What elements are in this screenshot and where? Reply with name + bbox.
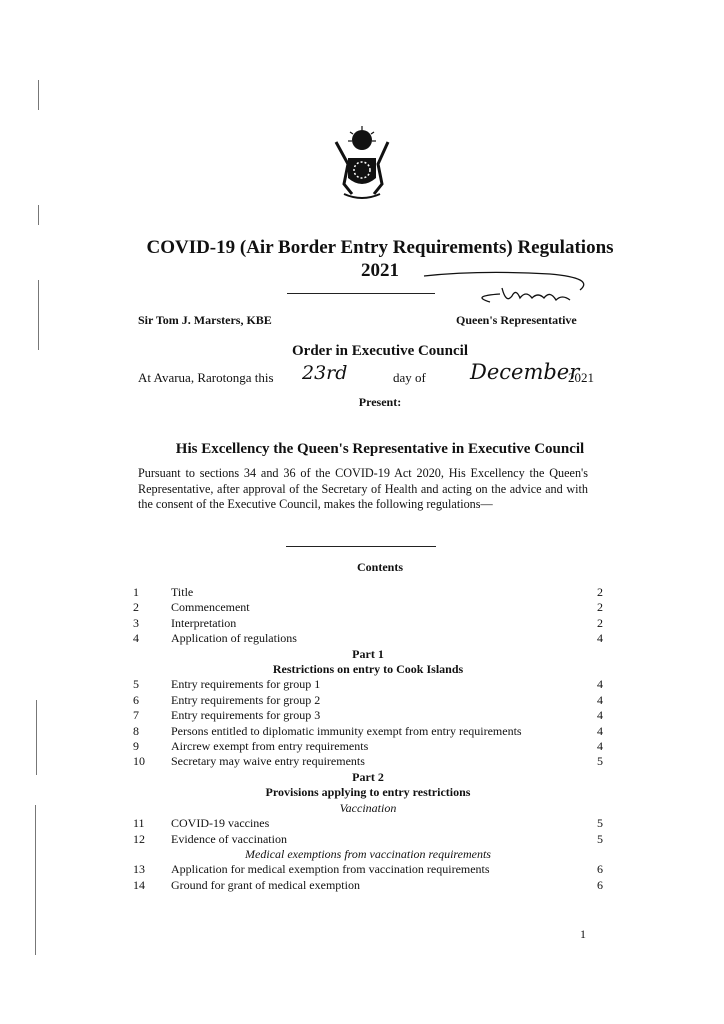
- toc-entry-number: 6: [133, 693, 171, 708]
- toc-part-heading: Part 2: [133, 770, 603, 785]
- toc-subheading: Vaccination: [133, 801, 603, 816]
- toc-entry-number: 4: [133, 631, 171, 646]
- signature-line: [287, 293, 435, 294]
- toc-entry-number: 13: [133, 862, 171, 877]
- handwritten-month: December: [470, 360, 579, 384]
- order-heading: Order in Executive Council: [100, 343, 660, 360]
- scan-artifact: [35, 805, 36, 955]
- coat-of-arms-icon: [322, 124, 402, 204]
- toc-entry-page: 4: [589, 724, 603, 739]
- toc-entry-page: 6: [589, 878, 603, 893]
- toc-entry: 6Entry requirements for group 24: [133, 693, 603, 708]
- toc-entry: 12Evidence of vaccination5: [133, 832, 603, 847]
- toc-entry: 7Entry requirements for group 34: [133, 708, 603, 723]
- toc-entry: 5Entry requirements for group 14: [133, 677, 603, 692]
- preamble-paragraph: Pursuant to sections 34 and 36 of the CO…: [138, 466, 588, 513]
- toc-entry: 1Title2: [133, 585, 603, 600]
- toc-entry-page: 5: [589, 816, 603, 831]
- toc-entry: 9Aircrew exempt from entry requirements4: [133, 739, 603, 754]
- toc-entry: 11COVID-19 vaccines5: [133, 816, 603, 831]
- toc-entry-number: 5: [133, 677, 171, 692]
- toc-entry-number: 8: [133, 724, 171, 739]
- toc-part-heading: Restrictions on entry to Cook Islands: [133, 662, 603, 677]
- toc-entry-page: 4: [589, 677, 603, 692]
- toc-entry-page: 4: [589, 739, 603, 754]
- toc-entry: 13Application for medical exemption from…: [133, 862, 603, 877]
- table-of-contents: 1Title22Commencement23Interpretation24Ap…: [133, 585, 603, 893]
- toc-entry-number: 14: [133, 878, 171, 893]
- toc-entry-number: 11: [133, 816, 171, 831]
- toc-entry-page: 4: [589, 631, 603, 646]
- toc-entry-title: Application for medical exemption from v…: [171, 862, 589, 877]
- toc-entry: 8Persons entitled to diplomatic immunity…: [133, 724, 603, 739]
- toc-entry-title: Evidence of vaccination: [171, 832, 589, 847]
- toc-entry-number: 3: [133, 616, 171, 631]
- toc-entry: 3Interpretation2: [133, 616, 603, 631]
- toc-entry: 2Commencement2: [133, 600, 603, 615]
- excellency-heading: His Excellency the Queen's Representativ…: [100, 441, 660, 458]
- handwritten-signature-icon: [420, 268, 600, 318]
- toc-entry-number: 1: [133, 585, 171, 600]
- toc-subheading: Medical exemptions from vaccination requ…: [133, 847, 603, 862]
- toc-entry-title: Aircrew exempt from entry requirements: [171, 739, 589, 754]
- scan-artifact: [38, 205, 39, 225]
- toc-entry-title: Interpretation: [171, 616, 589, 631]
- toc-entry-number: 12: [133, 832, 171, 847]
- toc-entry-title: Commencement: [171, 600, 589, 615]
- toc-entry-title: Entry requirements for group 1: [171, 677, 589, 692]
- title-line-1: COVID-19 (Air Border Entry Requirements)…: [100, 236, 660, 259]
- toc-entry-title: Ground for grant of medical exemption: [171, 878, 589, 893]
- toc-entry-title: Entry requirements for group 2: [171, 693, 589, 708]
- section-divider: [286, 546, 436, 547]
- toc-part-heading: Part 1: [133, 647, 603, 662]
- toc-entry-title: Persons entitled to diplomatic immunity …: [171, 724, 589, 739]
- toc-entry: 4Application of regulations4: [133, 631, 603, 646]
- toc-entry-title: Title: [171, 585, 589, 600]
- toc-entry-page: 2: [589, 600, 603, 615]
- toc-entry-page: 2: [589, 585, 603, 600]
- toc-entry-title: COVID-19 vaccines: [171, 816, 589, 831]
- signer-name: Sir Tom J. Marsters, KBE: [138, 313, 272, 328]
- toc-entry-title: Entry requirements for group 3: [171, 708, 589, 723]
- toc-entry-number: 10: [133, 754, 171, 769]
- toc-entry: 14Ground for grant of medical exemption6: [133, 878, 603, 893]
- signer-role: Queen's Representative: [456, 313, 577, 328]
- handwritten-day: 23rd: [302, 362, 347, 384]
- toc-part-heading: Provisions applying to entry restriction…: [133, 785, 603, 800]
- present-label: Present:: [100, 395, 660, 410]
- contents-heading: Contents: [100, 560, 660, 575]
- page-number: 1: [580, 927, 586, 942]
- toc-entry-number: 7: [133, 708, 171, 723]
- order-year: 2021: [568, 370, 594, 386]
- toc-entry-number: 9: [133, 739, 171, 754]
- toc-entry-page: 4: [589, 693, 603, 708]
- toc-entry-number: 2: [133, 600, 171, 615]
- toc-entry: 10Secretary may waive entry requirements…: [133, 754, 603, 769]
- scan-artifact: [36, 700, 37, 775]
- scan-artifact: [38, 80, 39, 110]
- toc-entry-page: 5: [589, 754, 603, 769]
- toc-entry-title: Secretary may waive entry requirements: [171, 754, 589, 769]
- scan-artifact: [38, 280, 39, 350]
- toc-entry-page: 4: [589, 708, 603, 723]
- toc-entry-page: 5: [589, 832, 603, 847]
- toc-entry-title: Application of regulations: [171, 631, 589, 646]
- toc-entry-page: 6: [589, 862, 603, 877]
- place-line: At Avarua, Rarotonga this: [138, 370, 274, 386]
- toc-entry-page: 2: [589, 616, 603, 631]
- day-of-label: day of: [393, 370, 426, 386]
